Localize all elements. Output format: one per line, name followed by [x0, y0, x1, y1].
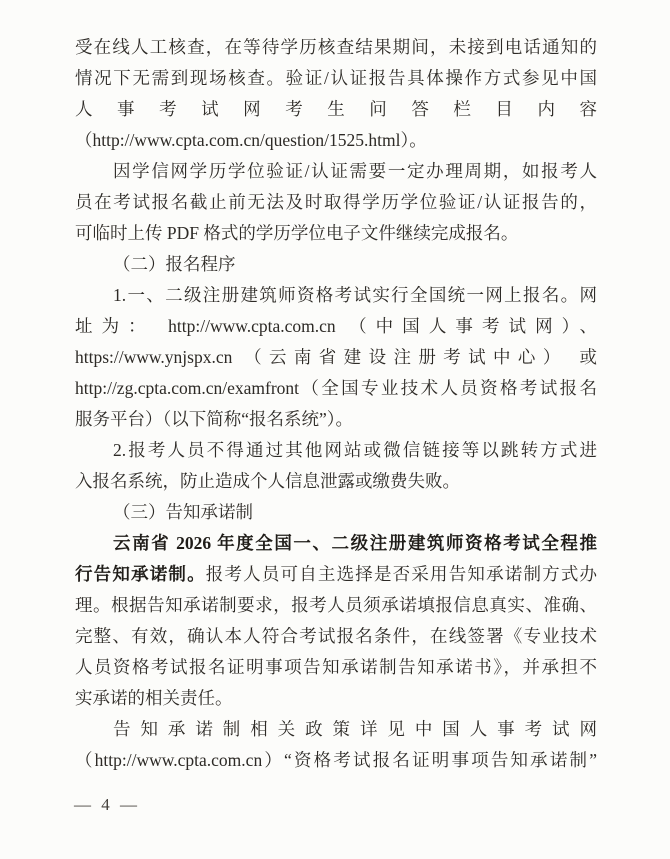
- page-number: — 4 —: [74, 793, 140, 817]
- text-segment: 受在线人工核查，在等待学历核查结果期间，未接到电话通知的: [75, 37, 597, 57]
- text-line: 实承诺的相关责任。: [75, 683, 597, 714]
- text-line: 完整、有效，确认本人符合考试报名条件，在线签署《专业技术: [75, 621, 597, 652]
- text-line: 人事考试网考生问答栏目内容: [75, 94, 597, 125]
- bold-text-segment: 行告知承诺制。: [75, 564, 206, 584]
- text-segment: 因学信网学历学位验证/认证需要一定办理周期，如报考人: [113, 161, 597, 181]
- text-segment: （二）报名程序: [113, 254, 236, 274]
- text-line: 受在线人工核查，在等待学历核查结果期间，未接到电话通知的: [75, 32, 597, 63]
- text-segment: 员在考试报名截止前无法及时取得学历学位验证/认证报告的，: [75, 192, 597, 212]
- text-line: https://www.ynjspx.cn （云南省建设注册考试中心） 或: [75, 342, 597, 373]
- text-segment: 2.报考人员不得通过其他网站或微信链接等以跳转方式进: [113, 440, 597, 460]
- text-segment: （http://www.cpta.com.cn）“资格考试报名证明事项告知承诺制…: [75, 750, 597, 770]
- text-segment: 可临时上传 PDF 格式的学历学位电子文件继续完成报名。: [75, 223, 518, 243]
- text-segment: http://zg.cpta.com.cn/examfront（全国专业技术人员…: [75, 378, 597, 398]
- text-line: （三）告知承诺制: [75, 497, 597, 528]
- text-line: 服务平台）（以下简称“报名系统”）。: [75, 404, 597, 435]
- text-line: （http://www.cpta.com.cn/question/1525.ht…: [75, 125, 597, 156]
- text-segment: （http://www.cpta.com.cn/question/1525.ht…: [75, 130, 427, 150]
- text-segment: 完整、有效，确认本人符合考试报名条件，在线签署《专业技术: [75, 626, 597, 646]
- text-line: 人员资格考试报名证明事项告知承诺制告知承诺书》，并承担不: [75, 652, 597, 683]
- bold-text-segment: 云南省 2026 年度全国一、二级注册建筑师资格考试全程推: [113, 533, 597, 553]
- text-segment: 理。根据告知承诺制要求，报考人员须承诺填报信息真实、准确、: [75, 595, 597, 615]
- text-line: 告知承诺制相关政策详见中国人事考试网: [75, 714, 597, 745]
- text-segment: 人事考试网考生问答栏目内容: [75, 99, 597, 119]
- text-segment: 入报名系统，防止造成个人信息泄露或缴费失败。: [75, 471, 460, 491]
- text-line: 2.报考人员不得通过其他网站或微信链接等以跳转方式进: [75, 435, 597, 466]
- text-line: （http://www.cpta.com.cn）“资格考试报名证明事项告知承诺制…: [75, 745, 597, 776]
- text-segment: 实承诺的相关责任。: [75, 688, 233, 708]
- text-line: 理。根据告知承诺制要求，报考人员须承诺填报信息真实、准确、: [75, 590, 597, 621]
- text-line: 云南省 2026 年度全国一、二级注册建筑师资格考试全程推: [75, 528, 597, 559]
- text-block: 受在线人工核查，在等待学历核查结果期间，未接到电话通知的情况下无需到现场核查。验…: [75, 32, 597, 776]
- text-line: 址为： http://www.cpta.com.cn （中国人事考试网）、: [75, 311, 597, 342]
- text-segment: 人员资格考试报名证明事项告知承诺制告知承诺书》，并承担不: [75, 657, 597, 677]
- text-line: 情况下无需到现场核查。验证/认证报告具体操作方式参见中国: [75, 63, 597, 94]
- text-segment: 址为： http://www.cpta.com.cn （中国人事考试网）、: [75, 316, 597, 336]
- text-line: 行告知承诺制。报考人员可自主选择是否采用告知承诺制方式办: [75, 559, 597, 590]
- document-page: 受在线人工核查，在等待学历核查结果期间，未接到电话通知的情况下无需到现场核查。验…: [0, 0, 670, 859]
- text-segment: https://www.ynjspx.cn （云南省建设注册考试中心） 或: [75, 347, 597, 367]
- text-segment: 服务平台）（以下简称“报名系统”）。: [75, 409, 353, 429]
- text-line: 因学信网学历学位验证/认证需要一定办理周期，如报考人: [75, 156, 597, 187]
- text-line: http://zg.cpta.com.cn/examfront（全国专业技术人员…: [75, 373, 597, 404]
- text-line: （二）报名程序: [75, 249, 597, 280]
- text-segment: 情况下无需到现场核查。验证/认证报告具体操作方式参见中国: [75, 68, 597, 88]
- text-segment: 告知承诺制相关政策详见中国人事考试网: [113, 719, 597, 739]
- text-segment: （三）告知承诺制: [113, 502, 253, 522]
- text-line: 1.一、二级注册建筑师资格考试实行全国统一网上报名。网: [75, 280, 597, 311]
- text-segment: 1.一、二级注册建筑师资格考试实行全国统一网上报名。网: [113, 285, 597, 305]
- text-line: 入报名系统，防止造成个人信息泄露或缴费失败。: [75, 466, 597, 497]
- text-segment: 报考人员可自主选择是否采用告知承诺制方式办: [206, 564, 597, 584]
- text-line: 员在考试报名截止前无法及时取得学历学位验证/认证报告的，: [75, 187, 597, 218]
- text-line: 可临时上传 PDF 格式的学历学位电子文件继续完成报名。: [75, 218, 597, 249]
